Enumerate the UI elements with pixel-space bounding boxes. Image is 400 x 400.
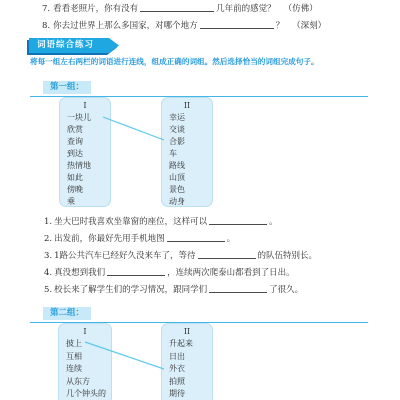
column-header: II <box>162 326 212 338</box>
hint-word: （深刻） <box>292 21 326 31</box>
group2-label-row: 第二组： <box>30 300 368 323</box>
word-item[interactable]: 路线 <box>162 160 212 172</box>
sentence-4: 4.真没想到我们，连续两次爬泰山都看到了日出。 <box>44 265 317 282</box>
sentence-text-post: ，连续两次爬泰山都看到了日出。 <box>167 268 295 278</box>
answer-blank-s3[interactable] <box>198 250 256 259</box>
question-text-post: ？ <box>276 21 285 31</box>
word-item[interactable]: 车 <box>162 148 212 160</box>
question-8: 8.你去过世界上那么多国家，对哪个地方？（深刻） <box>42 19 326 31</box>
question-text-post: 几年前的感觉？ <box>216 4 276 14</box>
sentence-text-pre: 真没想到我们 <box>54 268 105 278</box>
answer-blank-s2[interactable] <box>167 233 225 242</box>
word-item[interactable]: 从东方 <box>59 376 111 389</box>
worksheet-page: 7.看看老照片，你有没有几年前的感觉？（仿佛） 8.你去过世界上那么多国家，对哪… <box>0 0 400 400</box>
sentence-2: 2.出发前，你最好先用手机地图。 <box>44 231 317 248</box>
group1-sentences: 1.坐大巴时我喜欢坐靠窗的座位，这样可以。 2.出发前，你最好先用手机地图。 3… <box>44 214 317 299</box>
sentence-number: 5. <box>44 285 52 295</box>
sentence-number: 2. <box>44 234 52 244</box>
sentence-text-post: 的队伍特别长。 <box>258 251 318 261</box>
word-item[interactable]: 如此 <box>60 172 110 184</box>
group1-label: 第一组： <box>43 81 91 94</box>
word-item[interactable]: 查询 <box>60 136 110 148</box>
group1-column1-box: I 一块儿 欣赏 查询 到达 热情地 如此 傍晚 乘 <box>59 97 111 207</box>
question-number: 7. <box>42 4 50 14</box>
word-item[interactable]: 披上 <box>59 338 111 351</box>
sentence-1: 1.坐大巴时我喜欢坐靠窗的座位，这样可以。 <box>44 214 317 231</box>
word-item[interactable]: 山顶 <box>162 172 212 184</box>
instruction-text: 将每一组左右两栏的词语进行连线，组成正确的词组。然后选择恰当的词组完成句子。 <box>30 56 375 67</box>
answer-blank-s1[interactable] <box>209 216 267 225</box>
sentence-number: 1. <box>44 217 52 227</box>
word-item[interactable]: 乘 <box>60 196 110 208</box>
word-item[interactable]: 外衣 <box>162 363 212 376</box>
group1-label-row: 第一组： <box>30 74 368 97</box>
word-item[interactable]: 期待 <box>162 388 212 400</box>
word-item[interactable]: 一块儿 <box>60 112 110 124</box>
word-item[interactable]: 几个钟头的 <box>59 388 111 400</box>
sentence-3: 3.1路公共汽车已经好久没来车了，等待的队伍特别长。 <box>44 248 317 265</box>
sentence-5: 5.校长来了解学生们的学习情况，跟同学们了很久。 <box>44 282 317 299</box>
answer-blank-s4[interactable] <box>107 267 165 276</box>
answer-blank-8[interactable] <box>200 20 274 29</box>
answer-blank-7[interactable] <box>140 3 214 12</box>
word-item[interactable]: 合影 <box>162 136 212 148</box>
badge-ribbon: 词语综合练习 <box>29 38 119 53</box>
word-item[interactable]: 互相 <box>59 351 111 364</box>
sentence-text-pre: 1路公共汽车已经好久没来车了，等待 <box>54 251 195 261</box>
word-item[interactable]: 升起来 <box>162 338 212 351</box>
word-item[interactable]: 动身 <box>162 196 212 208</box>
section-badge: 词语综合练习 <box>29 38 121 55</box>
question-number: 8. <box>42 21 50 31</box>
word-item[interactable]: 景色 <box>162 184 212 196</box>
word-item[interactable]: 交谈 <box>162 124 212 136</box>
word-item[interactable]: 到达 <box>60 148 110 160</box>
sentence-number: 3. <box>44 251 52 261</box>
column-header: I <box>60 100 110 112</box>
sentence-text-post: 。 <box>269 217 278 227</box>
sentence-text-post: 了很久。 <box>269 285 303 295</box>
word-item[interactable]: 傍晚 <box>60 184 110 196</box>
answer-blank-s5[interactable] <box>209 284 267 293</box>
word-item[interactable]: 幸运 <box>162 112 212 124</box>
column-header: II <box>162 100 212 112</box>
word-item[interactable]: 日出 <box>162 351 212 364</box>
group1-column2-box: II 幸运 交谈 合影 车 路线 山顶 景色 动身 <box>161 97 213 207</box>
question-text-pre: 你去过世界上那么多国家，对哪个地方 <box>53 21 198 31</box>
hint-word: （仿佛） <box>284 4 318 14</box>
column-header: I <box>59 326 111 338</box>
sentence-text-pre: 坐大巴时我喜欢坐靠窗的座位，这样可以 <box>54 217 207 227</box>
sentence-number: 4. <box>44 268 52 278</box>
question-7: 7.看看老照片，你有没有几年前的感觉？（仿佛） <box>42 2 318 14</box>
question-text-pre: 看看老照片，你有没有 <box>53 4 138 14</box>
group2-column1-box: I 披上 互相 连续 从东方 几个钟头的 <box>58 323 112 400</box>
group2-label: 第二组： <box>43 307 91 320</box>
word-item[interactable]: 拍照 <box>162 376 212 389</box>
sentence-text-pre: 校长来了解学生们的学习情况，跟同学们 <box>54 285 207 295</box>
group2-column2-box: II 升起来 日出 外衣 拍照 期待 <box>161 323 213 400</box>
word-item[interactable]: 热情地 <box>60 160 110 172</box>
sentence-text-post: 。 <box>227 234 236 244</box>
word-item[interactable]: 欣赏 <box>60 124 110 136</box>
word-item[interactable]: 连续 <box>59 363 111 376</box>
sentence-text-pre: 出发前，你最好先用手机地图 <box>54 234 165 244</box>
